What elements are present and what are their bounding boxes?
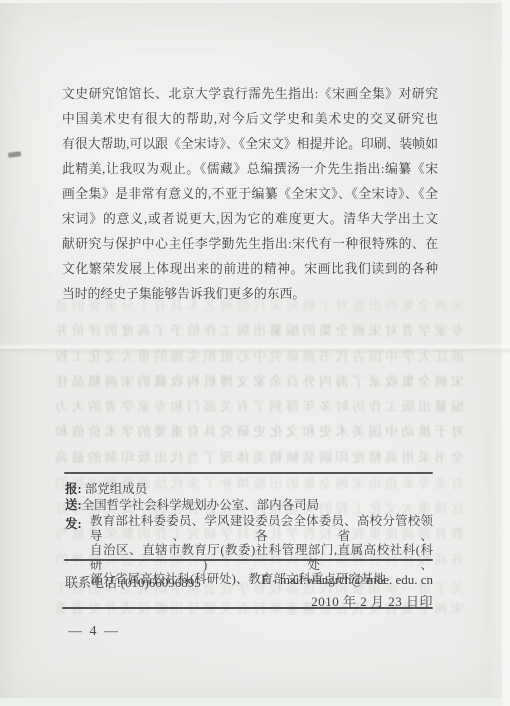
contact-email-block: E - mail:wangrch@ moe. edu. cn 2010 年 2 … [250,572,433,610]
body-paragraph: 文史研究馆馆长、北京大学袁行霈先生指出:《宋画全集》对研究 中国美术史有很大的帮… [62,82,438,307]
scanned-document-page: 宋画全集的出版对于研究宋代绘画艺术具有十分重要的意义价值 专家学者对宋画全集的编… [0,0,510,706]
paper-crease [0,343,510,354]
paragraph-line: 有很大帮助,可以跟《全宋诗》、《全宋文》相提并论。印刷、装帧如 [62,132,438,157]
bleedthrough-line: 宋画全集收录了海内外百余家文博机构收藏的宋画精品佳作传世 [52,371,464,389]
distribution-row-song: 送:全国哲学社会科学规划办公室、部内各司局 [65,497,433,513]
paragraph-line: 画全集》是非常有意义的,不亚于编纂《全宋文》、《全宋诗》、《全 [62,182,438,207]
divider-rule-top [64,472,433,474]
bao-label: 报: [65,482,82,496]
bleedthrough-line: 全书采用高精度印刷装帧精美体现了当代出版印制的最高的水平 [52,447,464,465]
fa-line: 教育部社科委委员、学风建设委员会全体委员、高校分管校领导、各省、 [90,514,433,543]
bleedthrough-line: 对于推动中国美术史和文化史研究具有重要的学术价值和意义的 [52,421,464,439]
paragraph-line: 宋词》的意义,或者说更大,因为它的难度更大。清华大学出土文 [62,207,438,232]
contact-phone: 联系电话:(010)66096895 [65,572,201,591]
paragraph-line: 文史研究馆馆长、北京大学袁行霈先生指出:《宋画全集》对研究 [62,82,438,107]
paragraph-line: 文化繁荣发展上体现出来的前进的精神。宋画比我们读到的各种 [62,257,438,282]
contact-email: E - mail:wangrch@ moe. edu. cn [250,572,433,588]
paragraph-line: 献研究与保护中心主任李学勤先生指出:宋代有一种很特殊的、在 [62,232,438,257]
paragraph-line: 中国美术史有很大的帮助,对今后文学史和美术史的交叉研究也 [62,107,438,132]
divider-rule-middle [64,559,433,561]
paper-edge-right [502,0,510,706]
song-label: 送: [65,498,82,512]
paper-edge-bottom [0,698,510,706]
bleedthrough-line: 编纂出版工作历时多年得到了有关部门和专家学者的大力支持与 [52,396,464,414]
song-text: 全国哲学社会科学规划办公室、部内各司局 [82,498,320,512]
page-number: — 4 — [68,624,120,640]
bleedthrough-line: 专家学者对宋画全集的编纂出版工作给予了高度的评价并且指出 [52,320,464,338]
paragraph-line: 此精美,让我叹为观止。《儒藏》总编撰汤一介先生指出:编纂《宋 [62,157,438,182]
fa-label: 发: [65,514,82,532]
distribution-row-bao: 报: 部党组成员 [65,481,433,497]
paragraph-line: 当时的经史子集能够告诉我们更多的东西。 [62,282,438,307]
divider-rule-bottom [62,607,433,609]
bao-text: 部党组成员 [85,482,148,496]
ink-smudge [8,151,22,158]
bleedthrough-line: 浙江大学中国古代书画研究中心组织实施的重大文化工程之一的 [52,346,464,364]
fa-line: 自治区、直辖市教育厅(教委)社科管理部门,直属高校社科(科研)处、 [90,543,433,572]
paper-edge-top [0,0,510,3]
